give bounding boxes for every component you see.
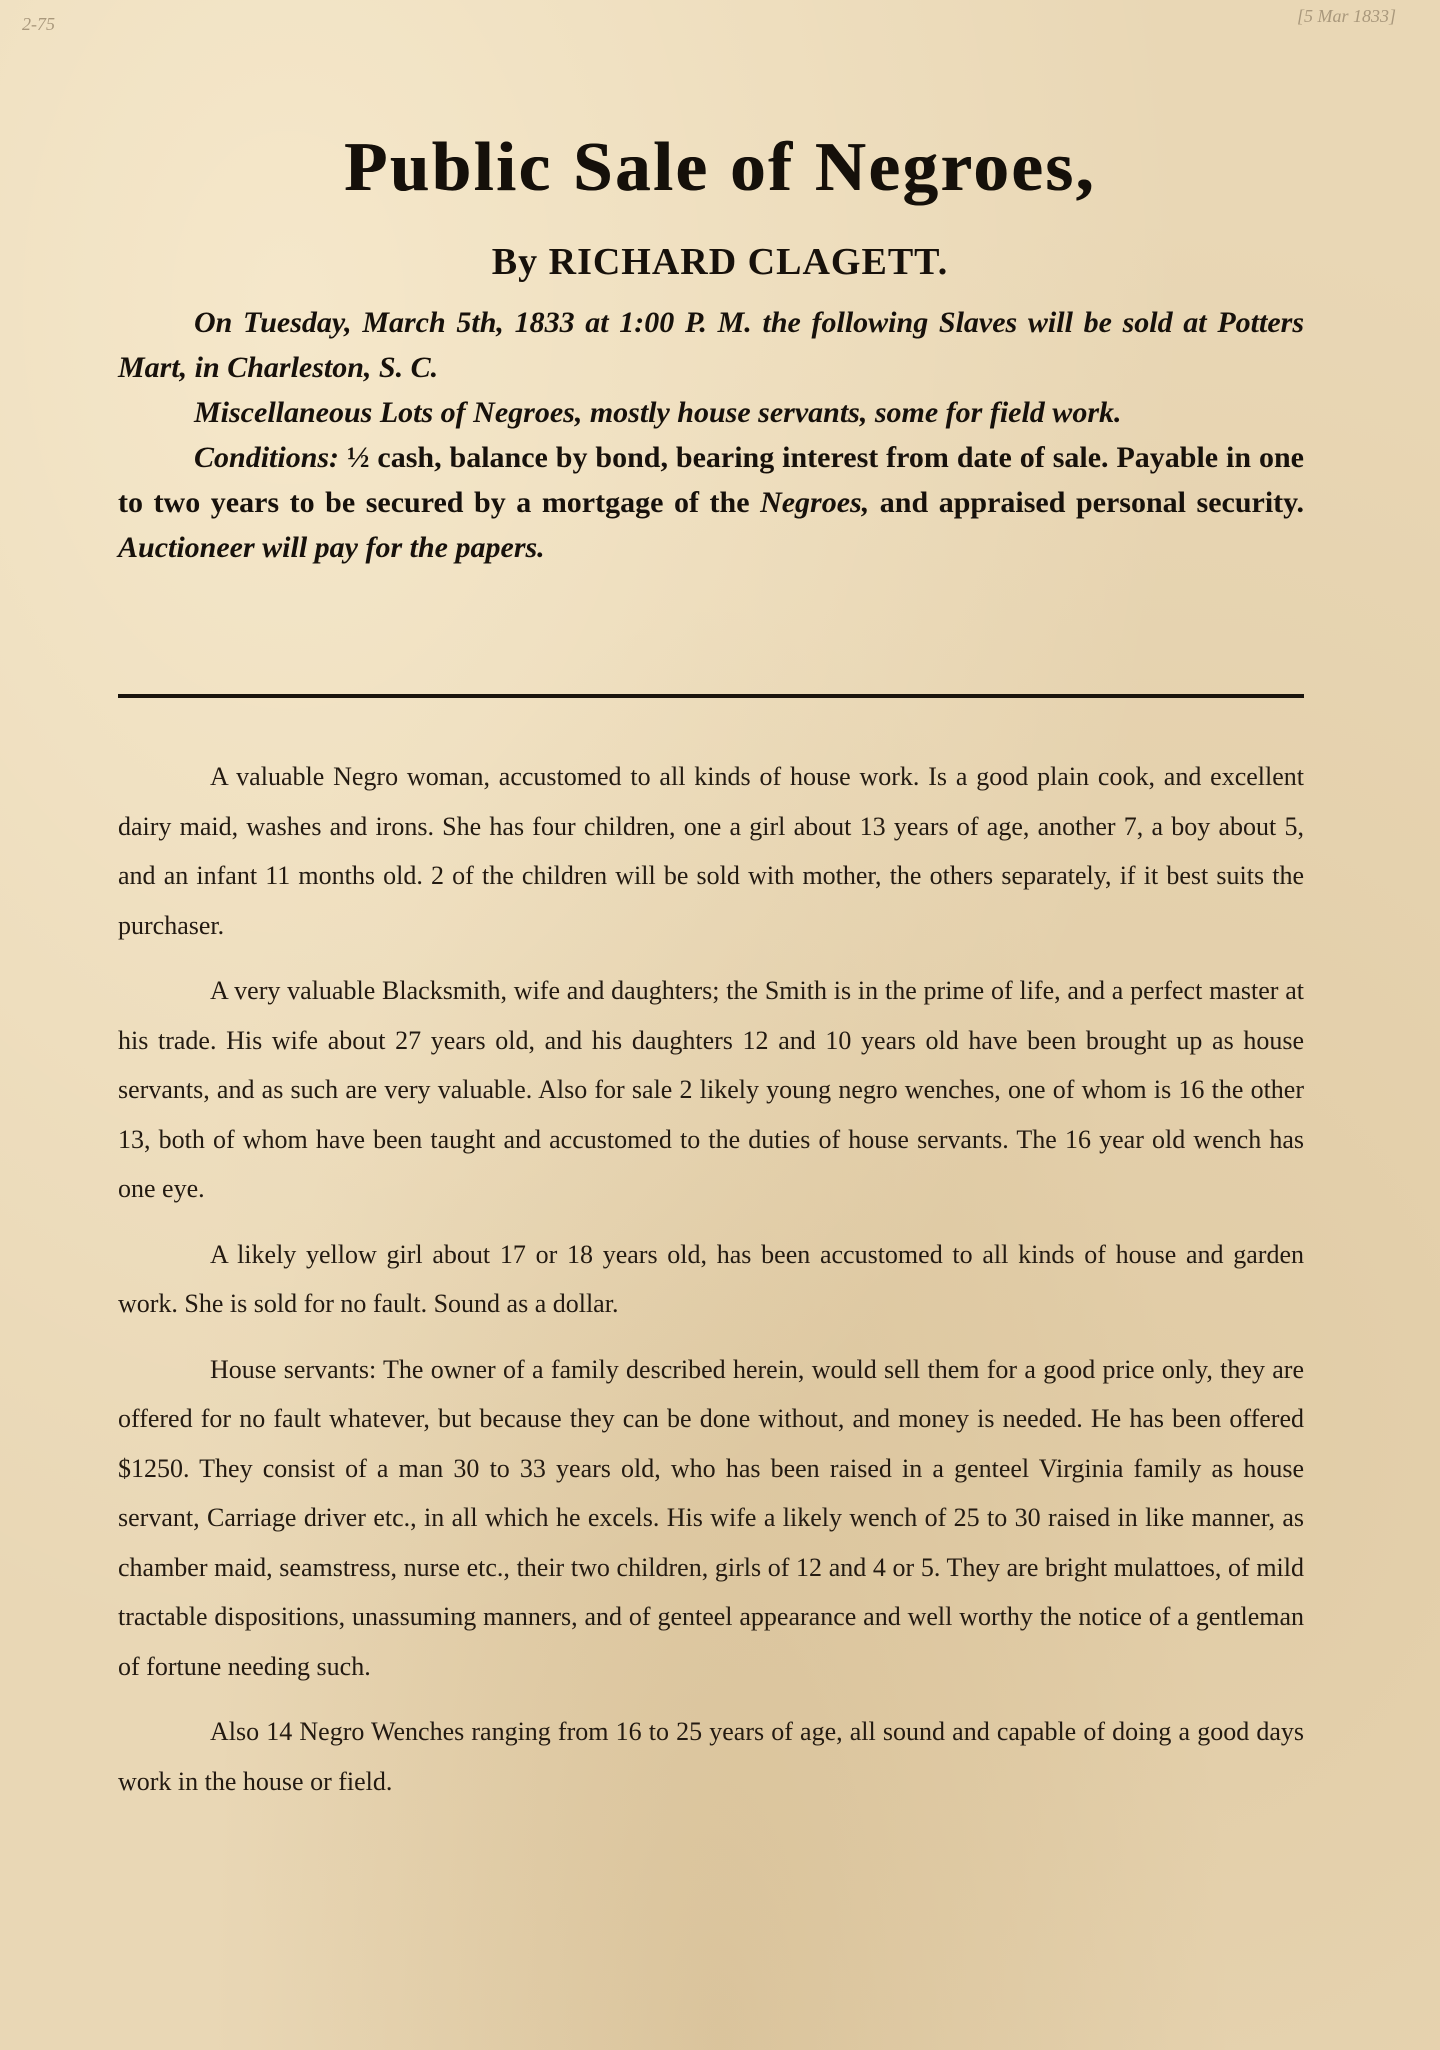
lot-paragraph: A likely yellow girl about 17 or 18 year… <box>118 1230 1304 1329</box>
horizontal-rule <box>118 694 1304 698</box>
lot-paragraph: Also 14 Negro Wenches ranging from 16 to… <box>118 1707 1304 1806</box>
broadside-page: 2-75 [5 Mar 1833] Public Sale of Negroes… <box>0 0 1440 2050</box>
lot-paragraph: A valuable Negro woman, accustomed to al… <box>118 752 1304 950</box>
sale-lots-summary: Miscellaneous Lots of Negroes, mostly ho… <box>118 390 1304 435</box>
conditions-text-2: and appraised personal security. <box>869 486 1304 519</box>
conditions-closing: Auctioneer will pay for the papers. <box>118 531 545 564</box>
sale-conditions: Conditions: ½ cash, balance by bond, bea… <box>118 435 1304 570</box>
sale-announcement: On Tuesday, March 5th, 1833 at 1:00 P. M… <box>118 300 1304 570</box>
conditions-label: Conditions: <box>194 441 339 474</box>
lot-paragraph: House servants: The owner of a family de… <box>118 1345 1304 1692</box>
lot-descriptions: A valuable Negro woman, accustomed to al… <box>118 752 1304 1822</box>
archive-note-left: 2-75 <box>22 14 55 35</box>
archive-note-right: [5 Mar 1833] <box>1297 6 1396 27</box>
sale-date-location: On Tuesday, March 5th, 1833 at 1:00 P. M… <box>118 300 1304 390</box>
auctioneer-byline: By RICHARD CLAGETT. <box>0 240 1440 284</box>
document-title: Public Sale of Negroes, <box>0 128 1440 208</box>
lot-paragraph: A very valuable Blacksmith, wife and dau… <box>118 966 1304 1214</box>
conditions-negroes: Negroes, <box>760 486 869 519</box>
